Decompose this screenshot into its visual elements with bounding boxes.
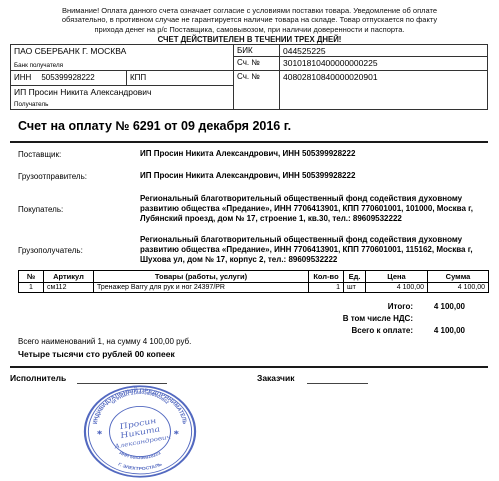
total-row-nds: В том числе НДС: [250,314,465,326]
bank-table-left: ПАО СБЕРБАНК Г. МОСКВА Банк получателя И… [11,45,233,109]
item-sum: 4 100,00 [428,283,489,293]
title-divider [10,141,488,143]
nds-value [413,314,465,326]
consignor-label: Грузоотправитель: [18,172,140,181]
kpp-label: КПП [130,73,146,82]
corr-account-label: Сч. № [234,57,280,70]
customer-label: Заказчик [257,373,294,383]
consignee-label: Грузополучатель: [18,246,140,255]
inn-value: 505399928222 [41,73,94,83]
inn-cell: ИНН 505399928222 [11,71,127,85]
settlement-account-row: Сч. № 40802810840000020901 [234,71,487,109]
stamp-arc-city: Г. ЭЛЕКТРОСТАЛЬ [117,462,163,471]
supplier-label: Поставщик: [18,150,140,159]
stamp-center-name: Просин Никита Александрович [108,415,172,450]
buyer-value: Региональный благотворительный обществен… [140,194,492,224]
bik-row: БИК 044525225 [234,45,487,57]
vsego-value: 4 100,00 [413,326,465,338]
validity-notice: СЧЕТ ДЕЙСТВИТЕЛЕН В ТЕЧЕНИИ ТРЕХ ДНЕЙ! [0,35,499,44]
col-header-goods: Товары (работы, услуги) [94,271,309,283]
items-table: № Артикул Товары (работы, услуги) Кол-во… [18,270,489,293]
bank-table-right: БИК 044525225 Сч. № 30101810400000000225… [233,45,487,109]
bank-name-caption: Банк получателя [14,62,63,69]
supplier-row: Поставщик: ИП Просин Никита Александрови… [18,149,492,159]
col-header-unit: Ед. [344,271,366,283]
col-header-qty: Кол-во [309,271,344,283]
stamp-star-left: ✱ [97,430,103,436]
buyer-label: Покупатель: [18,205,140,214]
footer-divider [10,366,488,368]
item-num: 1 [19,283,44,293]
corr-account-value: 30101810400000000225 [280,57,487,70]
inn-kpp-row: ИНН 505399928222 КПП [11,71,233,86]
settlement-account-value: 40802810840000020901 [280,71,487,109]
stamp-arc-inn: ИНН 505399928222 [118,450,162,460]
supplier-value: ИП Просин Никита Александрович, ИНН 5053… [140,149,492,159]
recipient-name: ИП Просин Никита Александрович [14,87,151,97]
item-name: Тренажер Barry для рук и ног 24397/PR [94,283,309,293]
customer-signature-line [307,383,368,384]
executor-label: Исполнитель [10,373,66,383]
stamp-star-right: ✱ [173,430,179,436]
itogo-label: Итого: [250,302,413,314]
item-row: 1 см112 Тренажер Barry для рук и ног 243… [19,283,489,293]
warning-line-3: прихода денег на р/с Поставщика, самовыв… [0,25,499,34]
item-price: 4 100,00 [366,283,428,293]
inn-label: ИНН [14,73,31,83]
svg-text:Г. ЭЛЕКТРОСТАЛЬ: Г. ЭЛЕКТРОСТАЛЬ [117,462,163,471]
nds-label: В том числе НДС: [250,314,413,326]
col-header-price: Цена [366,271,428,283]
amount-in-words: Четыре тысячи сто рублей 00 копеек [18,349,175,359]
recipient-cell: ИП Просин Никита Александрович Получател… [11,86,233,109]
buyer-row: Покупатель: Региональный благотворительн… [18,193,492,225]
items-count-summary: Всего наименований 1, на сумму 4 100,00 … [18,337,191,346]
invoice-title: Счет на оплату № 6291 от 09 декабря 2016… [18,119,291,133]
vsego-label: Всего к оплате: [250,326,413,338]
consignee-row: Грузополучатель: Региональный благотвори… [18,234,492,266]
bank-name-cell: ПАО СБЕРБАНК Г. МОСКВА Банк получателя [11,45,233,71]
recipient-caption: Получатель [14,101,48,108]
entrepreneur-stamp-seal: ИНДИВИДУАЛЬНЫЙ ПРЕДПРИНИМАТЕЛЬ ОГРНИП 31… [81,383,199,480]
total-row-vsego: Всего к оплате: 4 100,00 [250,326,465,338]
invoice-document: Внимание! Оплата данного счета означает … [0,0,499,481]
item-qty: 1 [309,283,344,293]
col-header-article: Артикул [44,271,94,283]
consignor-value: ИП Просин Никита Александрович, ИНН 5053… [140,171,492,181]
svg-text:ИНН 505399928222: ИНН 505399928222 [118,450,162,460]
col-header-num: № [19,271,44,283]
item-article: см112 [44,283,94,293]
bik-label: БИК [234,45,280,56]
settlement-account-label: Сч. № [234,71,280,109]
warning-line-1: Внимание! Оплата данного счета означает … [0,6,499,15]
itogo-value: 4 100,00 [413,302,465,314]
totals-block: Итого: 4 100,00 В том числе НДС: Всего к… [250,302,465,338]
bik-value: 044525225 [280,45,487,56]
bank-name: ПАО СБЕРБАНК Г. МОСКВА [14,46,126,56]
item-unit: шт [344,283,366,293]
warning-line-2: обязательно, в противном случае не гаран… [0,15,499,24]
col-header-sum: Сумма [428,271,489,283]
payment-warning-text: Внимание! Оплата данного счета означает … [0,6,499,34]
consignor-row: Грузоотправитель: ИП Просин Никита Алекс… [18,171,492,181]
consignee-value: Региональный благотворительный обществен… [140,235,492,265]
kpp-cell: КПП [127,71,233,85]
corr-account-row: Сч. № 30101810400000000225 [234,57,487,71]
bank-requisites-table: ПАО СБЕРБАНК Г. МОСКВА Банк получателя И… [10,44,488,110]
items-header-row: № Артикул Товары (работы, услуги) Кол-во… [19,271,489,283]
total-row-itogo: Итого: 4 100,00 [250,302,465,314]
